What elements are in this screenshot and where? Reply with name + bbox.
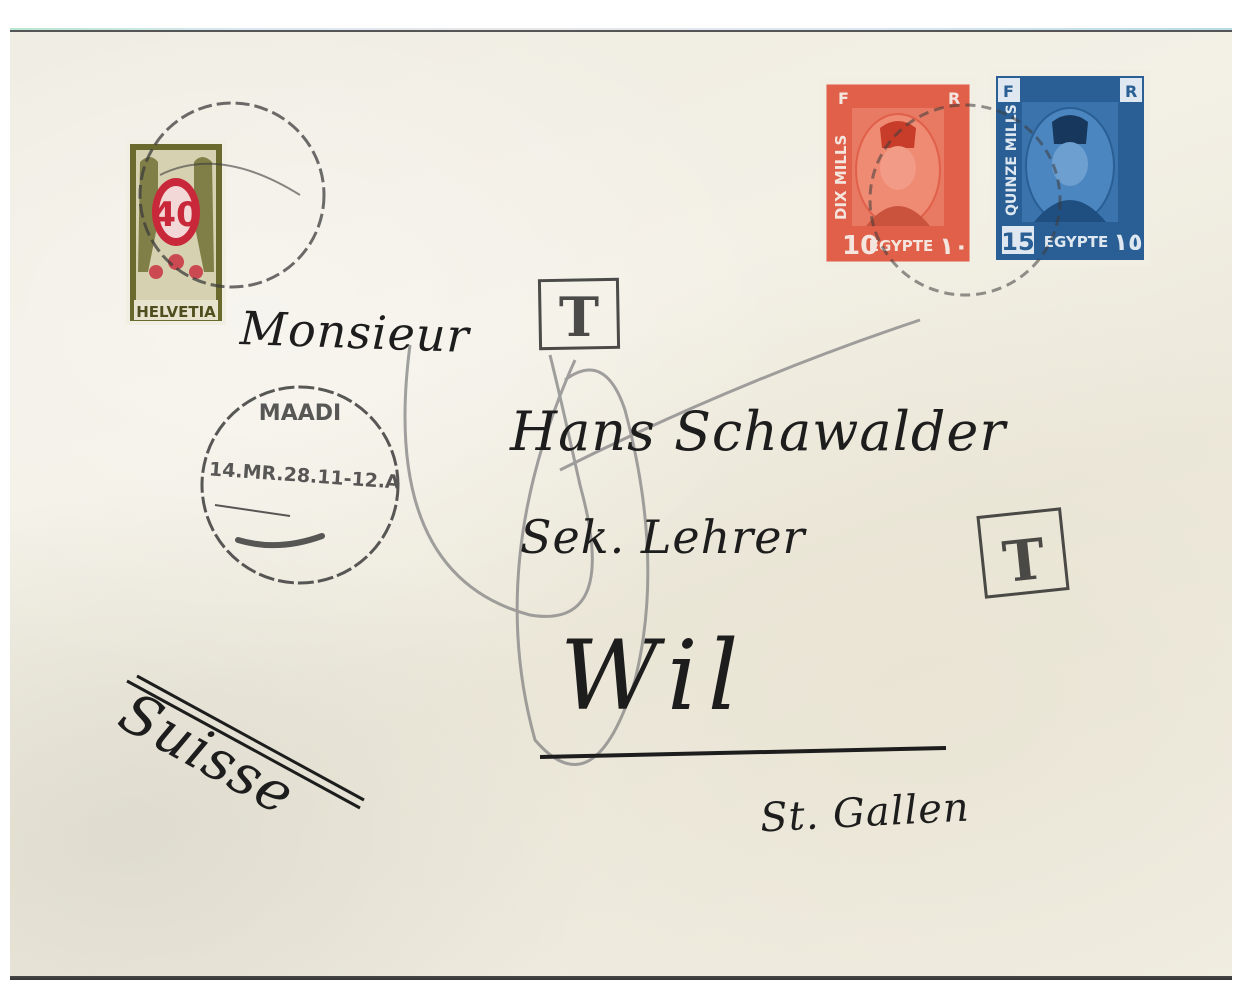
postmark-date: 14.MR.28.11-12.A bbox=[208, 458, 400, 493]
markings-layer: MAADI 14.MR.28.11-12.A T T bbox=[0, 0, 1256, 1005]
tax-mark-t-1: T bbox=[539, 279, 618, 349]
address-name: Hans Schawalder bbox=[510, 400, 1006, 463]
maadi-postmark: MAADI 14.MR.28.11-12.A bbox=[202, 387, 401, 583]
tax-mark-t-2: T bbox=[978, 509, 1068, 597]
address-town: Wil bbox=[560, 620, 748, 732]
postmark-town: MAADI bbox=[259, 401, 341, 426]
tax-mark-t-2-letter: T bbox=[1000, 526, 1049, 596]
address-title: Sek. Lehrer bbox=[520, 510, 805, 564]
address-salutation: Monsieur bbox=[239, 301, 470, 363]
tax-mark-t-1-letter: T bbox=[559, 285, 599, 349]
swiss-cancel-postmark bbox=[140, 103, 324, 287]
egypt-cancel-postmark bbox=[870, 105, 1060, 295]
